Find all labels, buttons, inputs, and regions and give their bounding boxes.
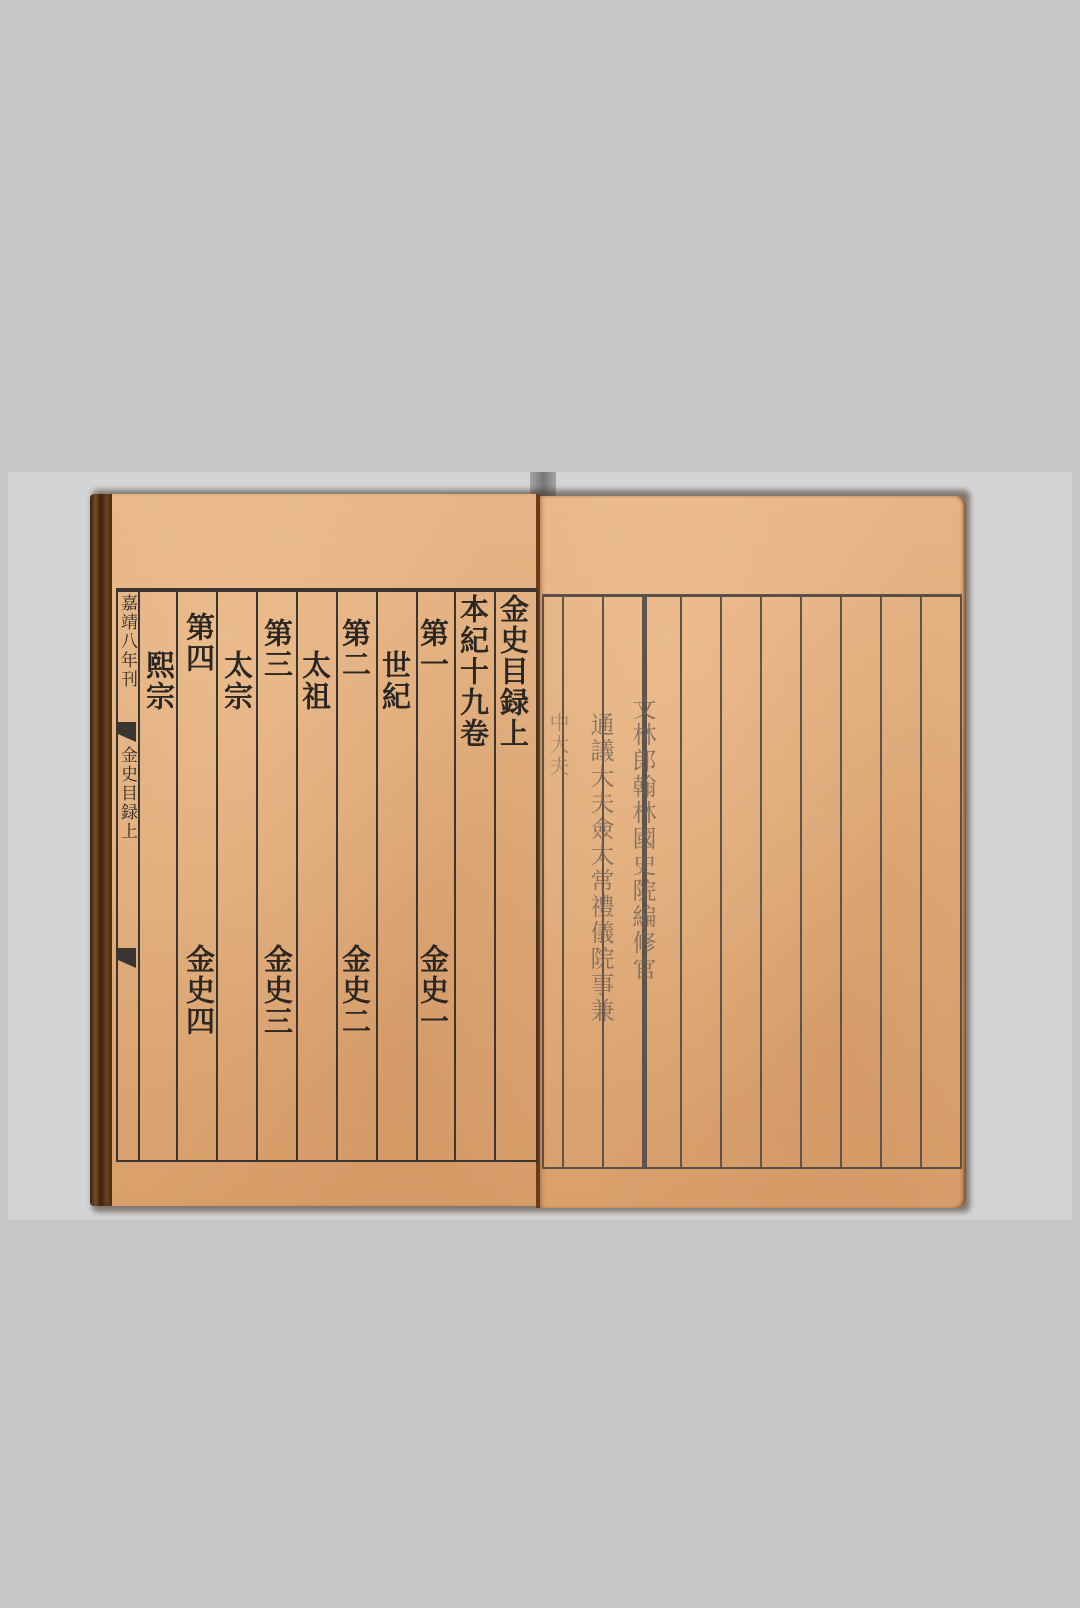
- column-rule: [720, 597, 722, 1167]
- volume-label: 金史二: [340, 944, 369, 1037]
- volume-label: 金史四: [184, 944, 213, 1037]
- chapter-number: 第三: [262, 618, 291, 680]
- compiler-credit: 文林郎翰林國史院編修官: [630, 696, 654, 982]
- chapter-title: 太祖: [300, 650, 329, 712]
- column-rule: [840, 597, 842, 1167]
- chapter-number: 第四: [184, 612, 213, 674]
- column-rule: [880, 597, 882, 1167]
- chapter-title: 熙宗: [144, 650, 173, 712]
- chapter-title: 世紀: [380, 650, 409, 712]
- compiler-credit: 通議大夫僉太常禮儀院事兼: [588, 712, 612, 1024]
- column-rule: [138, 592, 140, 1160]
- chapter-title: 太宗: [222, 650, 251, 712]
- column-rule: [562, 597, 564, 1167]
- column-rule: [176, 592, 178, 1160]
- fish-tail-title: 金史目録上: [118, 746, 135, 841]
- column-rule: [800, 597, 802, 1167]
- chapter-number: 第二: [340, 618, 369, 680]
- column-rule: [680, 597, 682, 1167]
- chapter-number: 第一: [418, 618, 447, 680]
- volume-label: 金史一: [418, 944, 447, 1037]
- column-rule: [216, 592, 218, 1160]
- section-heading: 本紀十九卷: [458, 594, 487, 749]
- column-rule: [920, 597, 922, 1167]
- column-rule: [256, 592, 258, 1160]
- book-title: 金史目録上: [498, 594, 527, 749]
- compiler-credit: 中大夫: [548, 712, 568, 778]
- volume-label: 金史三: [262, 944, 291, 1037]
- edition-note: 嘉靖八年刊: [118, 594, 135, 689]
- column-rule: [760, 597, 762, 1167]
- book-fore-edge: [90, 494, 112, 1206]
